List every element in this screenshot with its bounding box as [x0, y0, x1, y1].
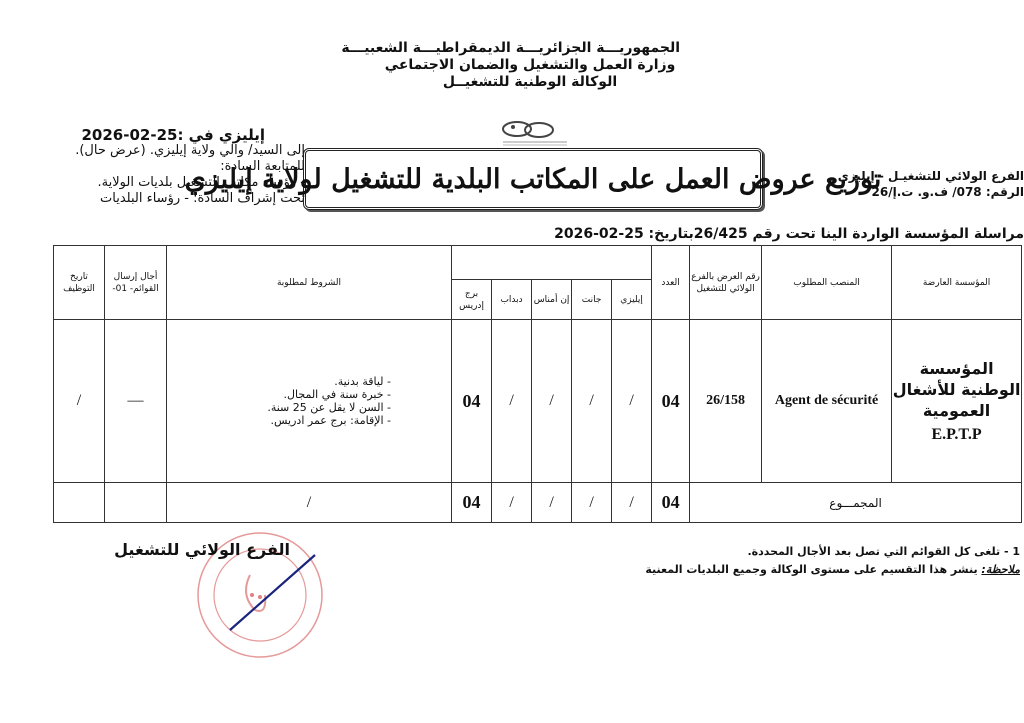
total-commune-djanet: /: [572, 483, 612, 523]
total-row: المجمـــوع 04 / / / / 04 /: [54, 483, 1022, 523]
header-count: العدد: [652, 246, 690, 320]
correspondence-line: مراسلة المؤسسة الواردة الينا تحت رقم 26/…: [630, 226, 1024, 242]
total-commune-illizi: /: [612, 483, 652, 523]
total-deadline: [105, 483, 167, 523]
document-date: إيليزي في :25-02-2026: [40, 127, 305, 143]
count-cell: 04: [652, 320, 690, 483]
organization-name: المؤسسة الوطنية للأشغال العمومية: [893, 359, 1021, 420]
republic-name: الجمهوريـــة الجزائريـــة الديمقراطيـــة…: [380, 40, 680, 57]
total-count: 04: [652, 483, 690, 523]
condition-item: السن لا يقل عن 25 سنة.: [167, 401, 391, 414]
job-offers-table: المؤسسة العارضة المنصب المطلوب رقم العرض…: [53, 245, 1022, 523]
commune-illizi-cell: /: [612, 320, 652, 483]
header-commune-debdeb: دبداب: [492, 280, 532, 320]
hiring-date-cell: /: [54, 320, 105, 483]
note-remark: ملاحظة: ينشر هذا التقسيم على مستوى الوكا…: [600, 561, 1020, 579]
position-cell: Agent de sécurité: [762, 320, 892, 483]
organization-abbr: E.P.T.P: [892, 424, 1021, 445]
header-offer-number: رقم العرض بالفرع الولائي للتشغيل: [690, 246, 762, 320]
condition-item: الإقامة: برج عمر ادريس.: [167, 414, 391, 427]
anem-logo-icon: [495, 118, 575, 148]
table-row: المؤسسة الوطنية للأشغال العمومية E.P.T.P…: [54, 320, 1022, 483]
header-commune-bordj-idriss: برج إدريس: [452, 280, 492, 320]
note-label: ملاحظة:: [981, 563, 1020, 576]
header-commune-djanet: جانت: [572, 280, 612, 320]
header-conditions: الشروط لمطلوبة: [167, 246, 452, 320]
note-text: ينشر هذا التقسيم على مستوى الوكالة وجميع…: [645, 563, 981, 576]
reference-block: الفرع الولائي للتشغيـل - إيليزي الرقم: 0…: [820, 168, 1024, 200]
agency-name: الوكالة الوطنية للتشغيــل: [380, 74, 680, 91]
offer-number-cell: 26/158: [690, 320, 762, 483]
title-banner: توزيع عروض العمل على المكاتب البلدية للت…: [303, 148, 763, 210]
header-hiring-date: تاريخ التوظيف: [54, 246, 105, 320]
header-commune-illizi: إيليزي: [612, 280, 652, 320]
signature-stroke: [230, 555, 315, 630]
header-commune-in-amenas: إن أمناس: [532, 280, 572, 320]
branch-name: الفرع الولائي للتشغيـل - إيليزي: [820, 168, 1024, 184]
commune-bordj-idriss-cell: 04: [452, 320, 492, 483]
total-hiring-date: [54, 483, 105, 523]
header-deadline: أجال إرسال القوائم- 01-: [105, 246, 167, 320]
total-commune-debdeb: /: [492, 483, 532, 523]
reference-number: الرقم: 078/ ف.و. ت.إ/26: [820, 184, 1024, 200]
header-position: المنصب المطلوب: [762, 246, 892, 320]
signature-label: الفرع الولائي للتشغيل: [120, 540, 290, 559]
table-header-row: المؤسسة العارضة المنصب المطلوب رقم العرض…: [54, 246, 1022, 280]
organization-cell: المؤسسة الوطنية للأشغال العمومية E.P.T.P: [892, 320, 1022, 483]
government-header: الجمهوريـــة الجزائريـــة الديمقراطيـــة…: [380, 40, 680, 91]
conditions-cell: لياقة بدنية. خبرة سنة في المجال. السن لا…: [167, 320, 452, 483]
condition-item: لياقة بدنية.: [167, 375, 391, 388]
total-commune-bordj-idriss: 04: [452, 483, 492, 523]
addressee-line: إلى السيد/ والي ولاية إيليزي. (عرض حال).: [40, 143, 305, 159]
commune-in-amenas-cell: /: [532, 320, 572, 483]
condition-item: خبرة سنة في المجال.: [167, 388, 391, 401]
header-distribution: [452, 246, 652, 280]
notes-block: 1 - تلغى كل القوائم التي تصل بعد الأجال …: [600, 543, 1020, 579]
total-commune-in-amenas: /: [532, 483, 572, 523]
page-title: توزيع عروض العمل على المكاتب البلدية للت…: [185, 164, 882, 195]
total-conditions: /: [167, 483, 452, 523]
ministry-name: وزارة العمل والتشغيل والضمان الاجتماعي: [380, 57, 680, 74]
commune-djanet-cell: /: [572, 320, 612, 483]
commune-debdeb-cell: /: [492, 320, 532, 483]
total-label: المجمـــوع: [690, 483, 1022, 523]
deadline-cell: —: [105, 320, 167, 483]
note-item-1: 1 - تلغى كل القوائم التي تصل بعد الأجال …: [600, 543, 1020, 561]
header-organization: المؤسسة العارضة: [892, 246, 1022, 320]
